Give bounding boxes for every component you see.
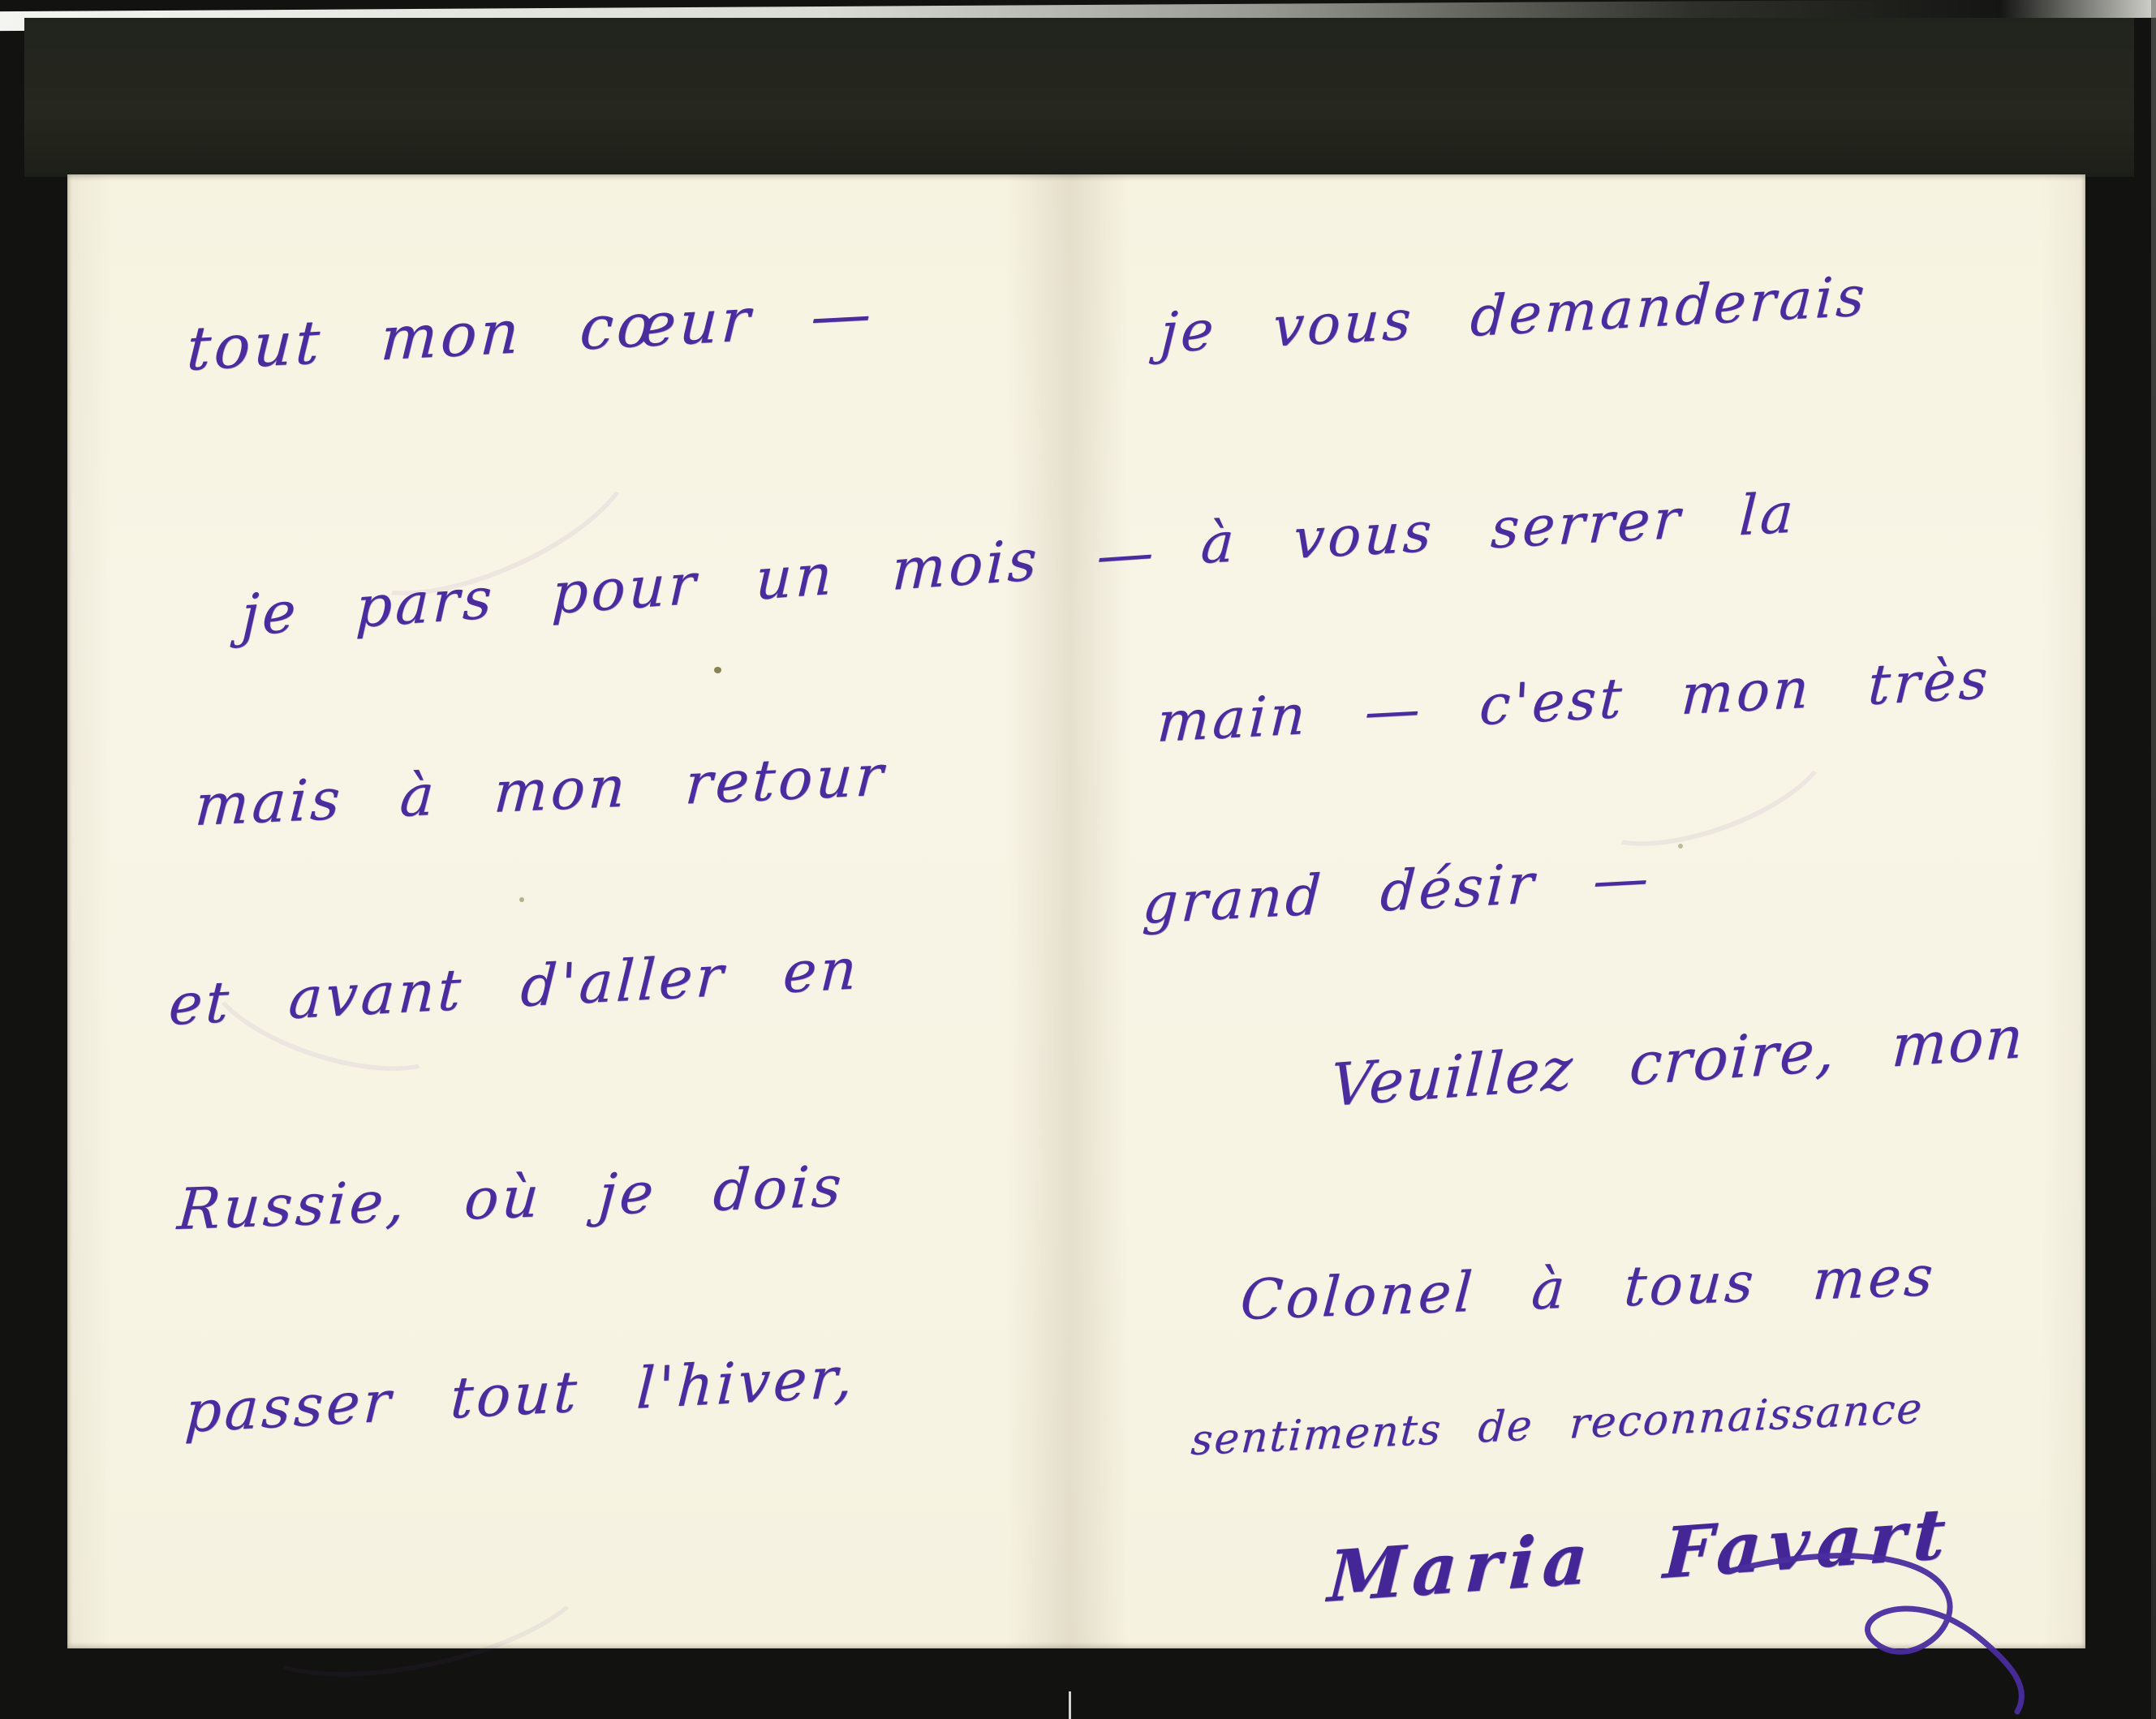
scanned-letter: tout mon cœur — je pars pour un mois — m…	[0, 0, 2156, 1719]
scan-right-edge	[2151, 0, 2156, 1719]
paper-speck	[519, 897, 524, 902]
fold-crease-line	[1069, 1691, 1071, 1719]
paper-speck	[1678, 844, 1683, 849]
paper-speck	[714, 667, 721, 673]
signature-flourish	[1720, 1549, 2061, 1716]
top-mat-band	[24, 18, 2134, 177]
